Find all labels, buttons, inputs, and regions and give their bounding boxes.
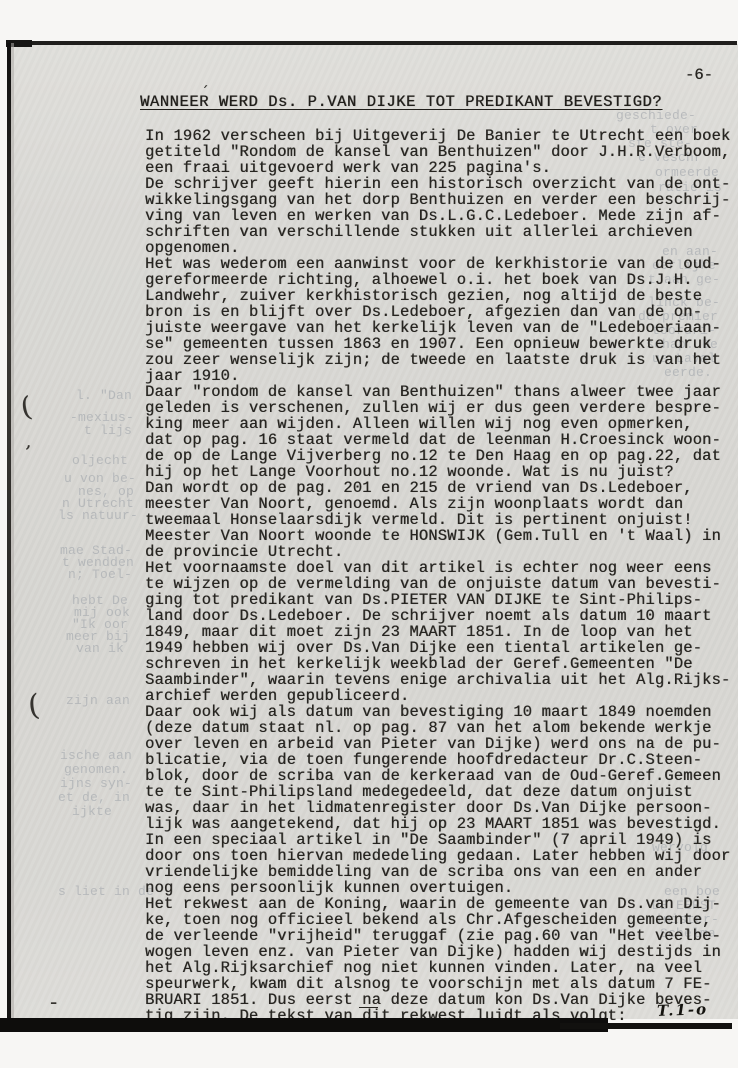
- text-line: vriendelijke bemiddeling van de scriba o…: [145, 864, 738, 880]
- text-line: de op de Lange Vijverberg no.12 te Den H…: [145, 448, 738, 464]
- ghost-text-fragment: et de, in: [58, 790, 130, 805]
- text-line: Het voornaamste doel van dit artikel is …: [145, 560, 738, 576]
- ghost-text-fragment: n; Toel-: [68, 567, 132, 582]
- text-line: In 1962 verscheen bij Uitgeverij De Bani…: [145, 128, 738, 144]
- text-line: land door Ds.Ledeboer. De schrijver noem…: [145, 608, 738, 624]
- body-text: In 1962 verscheen bij Uitgeverij De Bani…: [145, 128, 738, 1024]
- page-number: -6-: [685, 66, 713, 84]
- text-line: In een speciaal artikel in "De Saambinde…: [145, 832, 738, 848]
- ghost-text-fragment: ijns syn-: [60, 776, 132, 791]
- text-line: Daar "rondom de kansel van Benthuizen" t…: [145, 384, 738, 400]
- scan-bottom-bar-tail: [560, 1023, 732, 1029]
- text-line: door ons toen hiervan mededeling gedaan.…: [145, 848, 738, 864]
- handwritten-archive-code: T.1-o: [657, 1000, 709, 1020]
- text-line: Dan wordt op de pag. 201 en 215 de vrien…: [145, 480, 738, 496]
- underline-emphasis: [359, 1007, 378, 1008]
- text-line: nog eens persoonlijk kunnen overtuigen.: [145, 880, 738, 896]
- text-line: archief werden gepubliceerd.: [145, 688, 738, 704]
- text-line: de provincie Utrecht.: [145, 544, 738, 560]
- text-line: gereformeerde richting, alhoewel o.i. he…: [145, 272, 738, 288]
- text-line: 1849, maar dit moet zijn 23 MAART 1851. …: [145, 624, 738, 640]
- text-line: Het rekwest aan de Koning, waarin de gem…: [145, 896, 738, 912]
- text-line: getiteld "Rondom de kansel van Benthuize…: [145, 144, 738, 160]
- text-line: te te Sint-Philipsland medegedeeld, dat …: [145, 784, 738, 800]
- text-line: lijk was aangetekend, dat hij op 23 MAAR…: [145, 816, 738, 832]
- text-line: bron is en blijft over Ds.Ledeboer, afge…: [145, 304, 738, 320]
- text-line: blok, door de scriba van de kerkeraad va…: [145, 768, 738, 784]
- margin-mark: ´: [201, 83, 209, 101]
- text-line: Het was wederom een aanwinst voor de ker…: [145, 256, 738, 272]
- text-line: hij op het Lange Voorhout no.12 woonde. …: [145, 464, 738, 480]
- text-line: schreven in het kerkelijk weekblad der G…: [145, 656, 738, 672]
- margin-mark: -: [50, 990, 57, 1014]
- text-line: (deze datum staat nl. op pag. 87 van het…: [145, 720, 738, 736]
- ghost-text-fragment: ische aan: [60, 748, 132, 763]
- scan-top-edge: [6, 41, 737, 45]
- scan-bottom-bar: [0, 1018, 608, 1032]
- ghost-text-fragment: zijn aan: [66, 693, 130, 708]
- scan-left-edge-shadow: [11, 43, 14, 1031]
- text-line: jaar 1910.: [145, 368, 738, 384]
- ghost-text-fragment: ls natuur-: [58, 508, 138, 523]
- article-title: WANNEER WERD Ds. P.VAN DIJKE TOT PREDIKA…: [140, 93, 662, 111]
- text-line: wikkelingsgang van het dorp Benthuizen e…: [145, 192, 738, 208]
- text-line: Landwehr, zuiver kerkhistorisch gezien, …: [145, 288, 738, 304]
- ghost-text-fragment: ijkte: [72, 804, 112, 819]
- text-line: geleden is verschenen, zullen wij er dus…: [145, 400, 738, 416]
- text-line: schriften van verschillende stukken uit …: [145, 224, 738, 240]
- text-line: Saambinder", waarin tevens enige archiva…: [145, 672, 738, 688]
- ghost-text-fragment: genomen.: [64, 762, 128, 777]
- text-line: was, daar in het lidmatenregister door D…: [145, 800, 738, 816]
- text-line: juiste weergave van het kerkelijk leven …: [145, 320, 738, 336]
- text-line: speurwerk, kwam dit alsnog te voorschijn…: [145, 976, 738, 992]
- scanned-document-page: geschiede-t overste ste-e Veschrormeerde…: [0, 0, 738, 1068]
- text-line: opgenomen.: [145, 240, 738, 256]
- text-line: De schrijver geeft hierin een historisch…: [145, 176, 738, 192]
- ghost-text-fragment: oljecht: [72, 453, 128, 468]
- text-line: Daar ook wij als datum van bevestiging 1…: [145, 704, 738, 720]
- text-line: te wijzen op de vermelding van de onjuis…: [145, 576, 738, 592]
- ghost-text-fragment: l. "Dan: [76, 388, 132, 403]
- text-line: het Alg.Rijksarchief nog niet kunnen vin…: [145, 960, 738, 976]
- text-line: blicatie, via de toen fungerende hoofdre…: [145, 752, 738, 768]
- text-line: king meer aan wijden. Alleen willen wij …: [145, 416, 738, 432]
- text-line: tweemaal Honselaarsdijk vermeld. Dit is …: [145, 512, 738, 528]
- text-line: een fraai uitgevoerd werk van 225 pagina…: [145, 160, 738, 176]
- text-line: dat op pag. 16 staat vermeld dat de leen…: [145, 432, 738, 448]
- text-line: ke, toen nog officieel bekend als Chr.Af…: [145, 912, 738, 928]
- ghost-text-fragment: van ik: [76, 641, 124, 656]
- text-line: Meester Van Noort woonde te HONSWIJK (Ge…: [145, 528, 738, 544]
- text-line: BRUARI 1851. Dus eerst na deze datum kon…: [145, 992, 738, 1008]
- ghost-text-fragment: t lijs: [84, 423, 132, 438]
- text-line: wogen leven enz. van Pieter van Dijke) h…: [145, 944, 738, 960]
- text-line: ging tot predikant van Ds.PIETER VAN DIJ…: [145, 592, 738, 608]
- text-line: zou zeer wenselijk zijn; de tweede en la…: [145, 352, 738, 368]
- text-line: de verleende "vrijheid" teruggaf (zie pa…: [145, 928, 738, 944]
- ghost-text-fragment: s liet in de: [58, 884, 154, 899]
- text-line: ving van leven en werken van Ds.L.G.C.Le…: [145, 208, 738, 224]
- text-line: 1949 hebben wij over Ds.Van Dijke een ti…: [145, 640, 738, 656]
- text-line: meester Van Noort, genoemd. Als zijn woo…: [145, 496, 738, 512]
- text-line: over leven en arbeid van Pieter van Dijk…: [145, 736, 738, 752]
- text-line: se" gemeenten tussen 1863 en 1907. Een o…: [145, 336, 738, 352]
